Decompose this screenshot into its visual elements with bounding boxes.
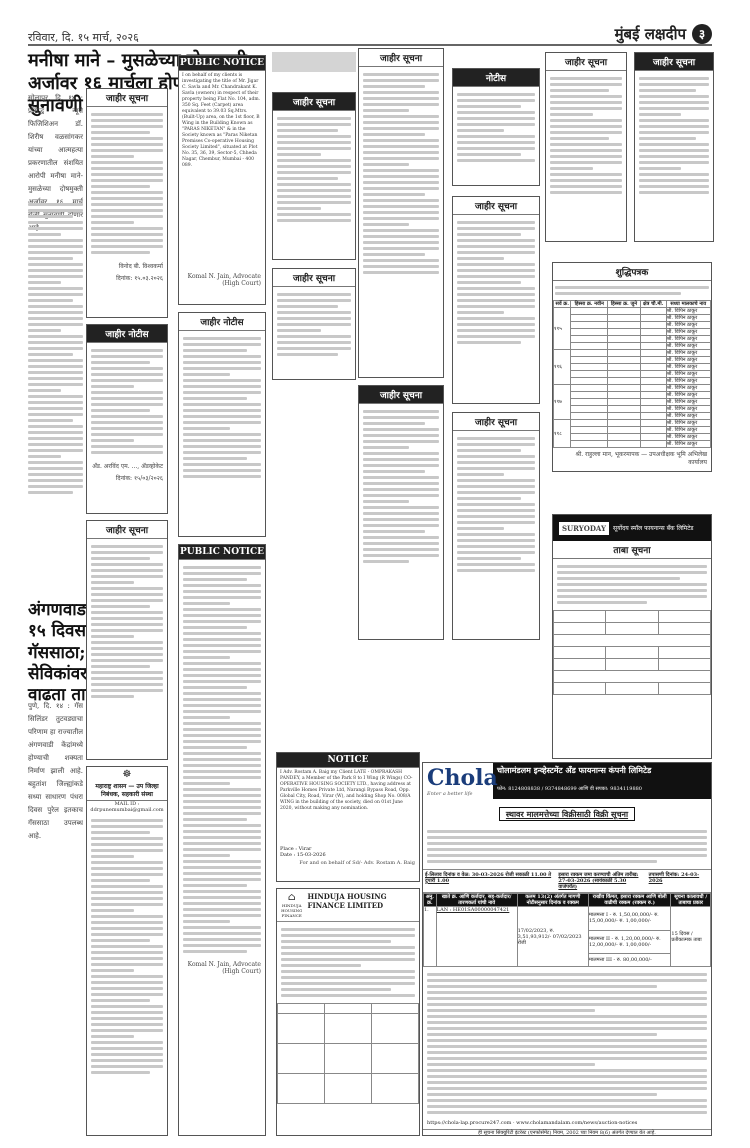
col-header: हिस्सा क्र. जुने — [608, 301, 641, 308]
notice-title: जाहीर सूचना — [453, 197, 539, 215]
notice-title: जाहीर सूचना — [87, 521, 167, 539]
notice-title: जाहीर सूचना — [359, 49, 443, 67]
col-header: अनु. क्र. — [424, 894, 437, 907]
notice-signer: Komal N. Jain, Advocate (High Court) — [179, 271, 265, 289]
notice-title: PUBLIC NOTICE — [179, 545, 265, 560]
chola-ad: Chola Enter a better life चोलामंडलम इन्व… — [422, 762, 712, 1136]
blank-ad-space — [272, 52, 356, 72]
notice-date: दिनांक: १५.०३.२०२६ — [87, 272, 167, 284]
article-body: पुणे, दि. १४ : गॅस सिलिंडर तुटवड्याचा पर… — [28, 700, 83, 1120]
suryoday-ad: SURYODAY सूर्योदय स्मॉल फायनान्स बँक लिम… — [552, 514, 712, 759]
group-label: ११८ — [554, 420, 571, 448]
notice-box: जाहीर सूचना — [452, 196, 540, 404]
hinduja-table — [277, 1003, 419, 1104]
notice-signer: विनोद बी. विश्वकर्मा — [87, 260, 167, 272]
col-header: हिस्सा क्र. नवीन — [571, 301, 608, 308]
col-header: सध्या मालकाचे नाव — [666, 301, 710, 308]
article-lead: गॅस सिलिंडर तुटवड्याचा परिणाम हा राज्यात… — [28, 702, 83, 840]
notice-signer: For and on behalf of Sd/- Adv. Rostam A.… — [277, 858, 419, 868]
hinduja-ad: ⌂ HINDUJA HOUSING FINANCE HINDUJA HOUSIN… — [276, 888, 420, 1136]
notice-title: जाहीर सूचना — [453, 413, 539, 431]
group-label: ११६ — [554, 350, 571, 385]
article-dateline: पुणे, दि. १४ : — [28, 702, 70, 710]
col-header: खाते क्र. आणि कर्जदार, सह-कर्जदार/तारणकर… — [436, 894, 517, 907]
article-continued-text — [28, 200, 83, 590]
notice-title: नोटीस — [453, 69, 539, 87]
notice-box: जाहीर सूचना — [272, 268, 356, 380]
emblem-icon: ☸ — [87, 767, 167, 780]
chola-auction-date: ई-लिलाव दिनांक व वेळ: 30-03-2026 रोजी सक… — [423, 870, 556, 892]
suryoday-table — [553, 610, 711, 695]
chola-inspection-date: तपासणी दिनांक: 24-03-2026 — [647, 870, 711, 892]
table-row: 1. LAN : HE01SA00000047421 17/02/2023, र… — [424, 907, 711, 931]
chola-company-name: चोलामंडलम इन्व्हेस्टमेंट अँड फायनान्स कं… — [497, 765, 707, 776]
hinduja-logo-icon: ⌂ — [280, 892, 303, 903]
chola-footer-rule: ही सूचना सिक्युरिटी इंटरेस्ट (एनफोर्समें… — [423, 1129, 711, 1136]
notice-title: PUBLIC NOTICE — [179, 56, 265, 71]
masthead: मुंबई लक्षदीप ३ — [615, 24, 712, 44]
chola-tagline: Enter a better life — [427, 791, 489, 797]
notice-title: जाहीर सूचना — [273, 269, 355, 287]
notice-signer: अ‍ॅड. अरविंद एम. ..., ॲडव्होकेट — [87, 460, 167, 472]
notice-box: जाहीर सूचना — [634, 52, 714, 242]
notice-title: महाराष्ट्र शासन — उप जिल्हा निबंधक, सहका… — [87, 780, 167, 801]
chola-header: Chola Enter a better life चोलामंडलम इन्व… — [423, 763, 711, 799]
notice-title: जाहीर सूचना — [635, 53, 713, 71]
notice-text: I on behalf of my clients is investigati… — [179, 71, 265, 271]
notice-title: जाहीर नोटीस — [87, 325, 167, 343]
notice-box: नोटीस — [452, 68, 540, 186]
notice-text — [87, 343, 167, 460]
notice-title: जाहीर सूचना — [359, 386, 443, 404]
public-notice-box: PUBLIC NOTICE I on behalf of my clients … — [178, 55, 266, 305]
group-label: ११७ — [554, 385, 571, 420]
notice-box: जाहीर नोटीस — [178, 312, 266, 537]
chola-logo: Chola Enter a better life — [423, 763, 493, 799]
corrigendum-table: सर्वे क्र. हिस्सा क्र. नवीन हिस्सा क्र. … — [553, 300, 711, 448]
header-rule — [28, 44, 712, 46]
group-label: ११५ — [554, 308, 571, 350]
corrigendum-box: शुद्धिपत्रक सर्वे क्र. हिस्सा क्र. नवीन … — [552, 262, 712, 472]
notice-email: MAIL ID : ddrpunemumbai@gmail.com — [87, 801, 167, 813]
hinduja-logo: ⌂ HINDUJA HOUSING FINANCE — [280, 892, 303, 918]
notice-box: जाहीर सूचना — [545, 52, 627, 242]
notice-box: जाहीर नोटीस अ‍ॅड. अरविंद एम. ..., ॲडव्हो… — [86, 324, 168, 514]
chola-sale-heading: स्थावर मालमत्तेच्या विक्रीसाठी विक्री सू… — [499, 807, 635, 821]
notice-box: जाहीर सूचना — [452, 412, 540, 640]
notice-title: जाहीर सूचना — [546, 53, 626, 71]
public-notice-box: PUBLIC NOTICE Komal N. Jain, Advocate (H… — [178, 544, 266, 1136]
notice-signer: Komal N. Jain, Advocate (High Court) — [179, 959, 265, 977]
col-header: क्षेत्र चौ.मी. — [640, 301, 666, 308]
corrigendum-title: शुद्धिपत्रक — [553, 263, 711, 281]
corrigendum-signer: श्री. राहुल्ला मान, भूकरमापक — उपअधीक्षक… — [553, 448, 711, 468]
dateline: रविवार, दि. १५ मार्च, २०२६ — [28, 30, 139, 45]
col-header: कलम 13(2) अंतर्गत मागणी नोटीसनुसार दिनां… — [517, 894, 588, 907]
article-dateline: सोलापूर, दि. १४ : — [28, 94, 83, 102]
masthead-title: मुंबई लक्षदीप — [615, 24, 686, 44]
notice-box: जाहीर सूचना — [358, 48, 444, 378]
col-header: सर्वे क्र. — [554, 301, 571, 308]
suryoday-logo: SURYODAY — [559, 522, 609, 535]
hinduja-title: HINDUJA HOUSING FINANCE LIMITED — [307, 892, 416, 918]
notice-text — [87, 107, 167, 260]
notice-box: जाहीर सूचना विनोद बी. विश्वकर्मा दिनांक:… — [86, 88, 168, 318]
notice-text: I Adv. Rostam A. Baig my Client LATE - O… — [277, 768, 419, 846]
suryoday-subtitle: ताबा सूचना — [553, 541, 711, 559]
page-number-badge: ३ — [692, 24, 712, 44]
chola-procure-link[interactable]: https://chola-lap.procure247.com — [427, 1120, 511, 1126]
english-notice-box: NOTICE I Adv. Rostam A. Baig my Client L… — [276, 752, 420, 882]
notice-title: जाहीर नोटीस — [179, 313, 265, 331]
notice-title: जाहीर सूचना — [87, 89, 167, 107]
chola-emd-date: इसारा रक्कम जमा करण्याची अंतिम तारीख: 27… — [556, 870, 646, 892]
notice-box: जाहीर सूचना — [272, 92, 356, 260]
notice-title: जाहीर सूचना — [273, 93, 355, 111]
notice-box: जाहीर सूचना — [86, 520, 168, 760]
col-header: सूचना कालावधी / ताबाचा प्रकार — [671, 894, 711, 907]
notice-date: दिनांक: १५/०३/२०२६ — [87, 472, 167, 484]
notice-box-government: ☸ महाराष्ट्र शासन — उप जिल्हा निबंधक, सह… — [86, 766, 168, 1136]
chola-phone-line: फोन: 8124808838 / 9374848699 आणि वी सपका… — [497, 786, 707, 792]
notice-title: NOTICE — [277, 753, 419, 768]
suryoday-header: SURYODAY सूर्योदय स्मॉल फायनान्स बँक लिम… — [553, 515, 711, 541]
suryoday-title: सूर्योदय स्मॉल फायनान्स बँक लिमिटेड — [613, 524, 694, 532]
notice-box: जाहीर सूचना — [358, 385, 444, 640]
chola-website-link[interactable]: www.cholamandalam.com/news/auction-notic… — [516, 1120, 637, 1126]
col-header: राखीव किंमत, इसारा रक्कम आणि बोली वाढीची… — [589, 894, 671, 907]
chola-auction-table: अनु. क्र. खाते क्र. आणि कर्जदार, सह-कर्ज… — [423, 893, 711, 967]
